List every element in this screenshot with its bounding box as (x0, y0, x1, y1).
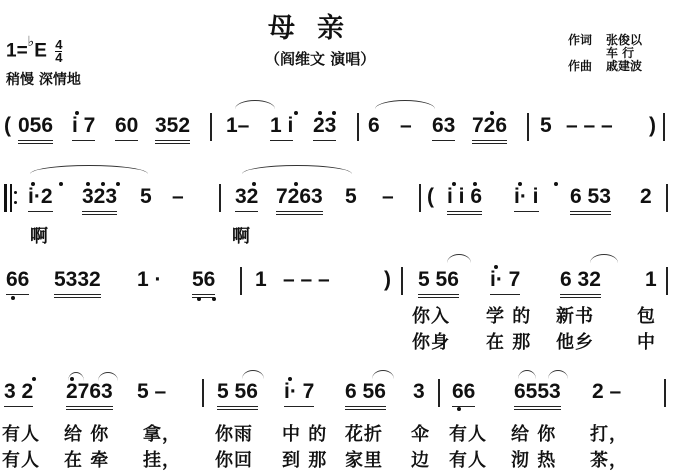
bar-line (666, 267, 668, 295)
octave-dot (75, 111, 79, 115)
note-group: 66 (6, 268, 29, 295)
credit-role: 作曲 (568, 60, 606, 73)
note-group: 726 (472, 114, 507, 144)
lyric: 你身 (412, 328, 450, 354)
dash: – (400, 114, 412, 138)
note-group: 6 53 (570, 185, 611, 215)
note-group: 66 (452, 380, 475, 407)
bar-line (240, 267, 242, 295)
bar-line (219, 184, 221, 212)
note-group: 056 (18, 114, 53, 144)
note: 1 (645, 268, 657, 292)
lyric: 打， (590, 420, 628, 446)
low-octave-dot (11, 296, 15, 300)
octave-dot (294, 111, 298, 115)
low-octave-dot (457, 407, 461, 411)
note-group: i· 7 (284, 380, 314, 407)
dash: – (172, 185, 184, 209)
slur (518, 370, 536, 379)
lyric: 挂， (143, 446, 181, 472)
bar-line (210, 113, 212, 141)
note-group: 6 32 (560, 268, 601, 298)
repeat-start-thick (4, 184, 7, 212)
note-group: i 7 (72, 114, 95, 141)
lyric: 新书 (556, 302, 594, 328)
octave-dot (31, 182, 35, 186)
dashes: – – – (566, 114, 613, 138)
note-group: 5 56 (217, 380, 258, 410)
lyric: 有人 (449, 446, 487, 472)
octave-dot (473, 182, 477, 186)
note-group: 23 (313, 114, 336, 141)
octave-dot (494, 265, 498, 269)
performer-subtitle: （阎维文 演唱） (265, 48, 375, 69)
slur (242, 165, 352, 174)
dash: – (382, 185, 394, 209)
lyric: 边 (411, 446, 430, 472)
note-group: i i 6 (447, 185, 482, 215)
lyric: 给 你 (511, 420, 556, 446)
lyric: 中 (637, 328, 656, 354)
flat-icon: ♭ (28, 33, 35, 49)
octave-dot (318, 111, 322, 115)
lyric: 包 (637, 302, 656, 328)
note-group: 6553 (514, 380, 561, 410)
credit-name: 戚建波 (606, 60, 642, 73)
lyric: 你入 (412, 302, 450, 328)
dashes: – – – (283, 268, 330, 292)
open-paren: ( (427, 185, 434, 209)
lyric: 到 那 (282, 446, 327, 472)
song-title: 母亲 (268, 6, 366, 45)
note-group: 3 2 (4, 380, 33, 407)
lyric: 你雨 (215, 420, 253, 446)
note: 5 (540, 114, 552, 138)
slur (235, 100, 275, 109)
lyric: 学 的 (486, 302, 531, 328)
note-group: 60 (115, 114, 138, 141)
lyric: 啊 (232, 222, 251, 248)
time-signature: 4 4 (55, 39, 62, 64)
octave-dot (32, 377, 36, 381)
lyric: 茶， (590, 446, 628, 472)
note-group: 2763 (66, 380, 113, 410)
lyric: 家里 (345, 446, 383, 472)
key-prefix: 1= (6, 40, 28, 61)
dotted-note: 1 · (137, 268, 162, 292)
key-signature: 1=♭E 4 4 (6, 36, 62, 64)
note: 2 (640, 185, 652, 209)
octave-dot (554, 182, 558, 186)
lyric: 他乡 (556, 328, 594, 354)
open-paren: ( (4, 114, 11, 138)
bar-line (419, 184, 421, 212)
credits: 作词张俊以 车 行 作曲戚建波 (568, 34, 642, 73)
time-bottom: 4 (55, 52, 62, 64)
note-group: 1 i (270, 114, 293, 141)
lyric: 有人 (2, 420, 40, 446)
lyric: 伞 (411, 420, 430, 446)
bar-line (663, 113, 665, 141)
slur (375, 100, 435, 109)
lyric: 中 的 (282, 420, 327, 446)
lyric: 有人 (2, 446, 40, 472)
octave-dot (252, 182, 256, 186)
note: 6 (368, 114, 380, 138)
lyric: 拿， (143, 420, 181, 446)
note-group: 5 56 (418, 268, 459, 298)
note: 3 (413, 380, 425, 404)
close-paren: ) (649, 114, 656, 138)
note-group: 1– (226, 114, 249, 138)
lyric: 你回 (215, 446, 253, 472)
tempo-marking: 稍慢 深情地 (6, 69, 81, 89)
lyric: 有人 (449, 420, 487, 446)
low-octave-dot (212, 297, 216, 301)
close-paren: ) (384, 268, 391, 292)
lyric: 在 牵 (64, 446, 109, 472)
note-group: i· i (514, 185, 539, 212)
note: 5 (140, 185, 152, 209)
octave-dot (518, 182, 522, 186)
octave-dot (101, 182, 105, 186)
slur (548, 370, 568, 379)
lyric: 花折 (345, 420, 383, 446)
note-group: i·2 (28, 185, 53, 212)
octave-dot (332, 111, 336, 115)
note-group: 63 (432, 114, 455, 141)
bar-line (664, 379, 666, 407)
octave-dot (490, 111, 494, 115)
note-group: 56 (192, 268, 215, 298)
lyric: 啊 (30, 222, 49, 248)
note-dash: 2 – (592, 380, 621, 404)
bar-line (438, 379, 440, 407)
note: 1 (255, 268, 267, 292)
low-octave-dot (197, 297, 201, 301)
octave-dot (116, 182, 120, 186)
note: 5 (345, 185, 357, 209)
repeat-dot (14, 201, 17, 204)
lyric: 在 那 (486, 328, 531, 354)
slur (372, 370, 394, 379)
note-group: 352 (155, 114, 190, 144)
note-group: i· 7 (490, 268, 520, 295)
slur (242, 370, 264, 379)
lyric: 沏 热 (511, 446, 556, 472)
credit-role: 作词 (568, 34, 606, 47)
octave-dot (452, 182, 456, 186)
note-dash: 5 – (137, 380, 166, 404)
slur (30, 165, 148, 174)
key-note: E (34, 40, 47, 61)
repeat-start-thin (10, 184, 12, 212)
octave-dot (86, 182, 90, 186)
bar-line (527, 113, 529, 141)
note-group: 7263 (276, 185, 323, 215)
credit-row: 作曲戚建波 (568, 60, 642, 73)
note-group: 323 (82, 185, 117, 215)
bar-line (357, 113, 359, 141)
bar-line (401, 267, 403, 295)
bar-line (666, 184, 668, 212)
octave-dot (288, 377, 292, 381)
bar-line (202, 379, 204, 407)
note-group: 5332 (54, 268, 101, 298)
octave-dot (59, 182, 63, 186)
lyric: 给 你 (64, 420, 109, 446)
note-group: 32 (235, 185, 258, 212)
octave-dot (294, 182, 298, 186)
octave-dot (70, 377, 74, 381)
slur (590, 254, 618, 263)
slur (447, 254, 471, 263)
note-group: 6 56 (345, 380, 386, 410)
repeat-dot (14, 191, 17, 194)
